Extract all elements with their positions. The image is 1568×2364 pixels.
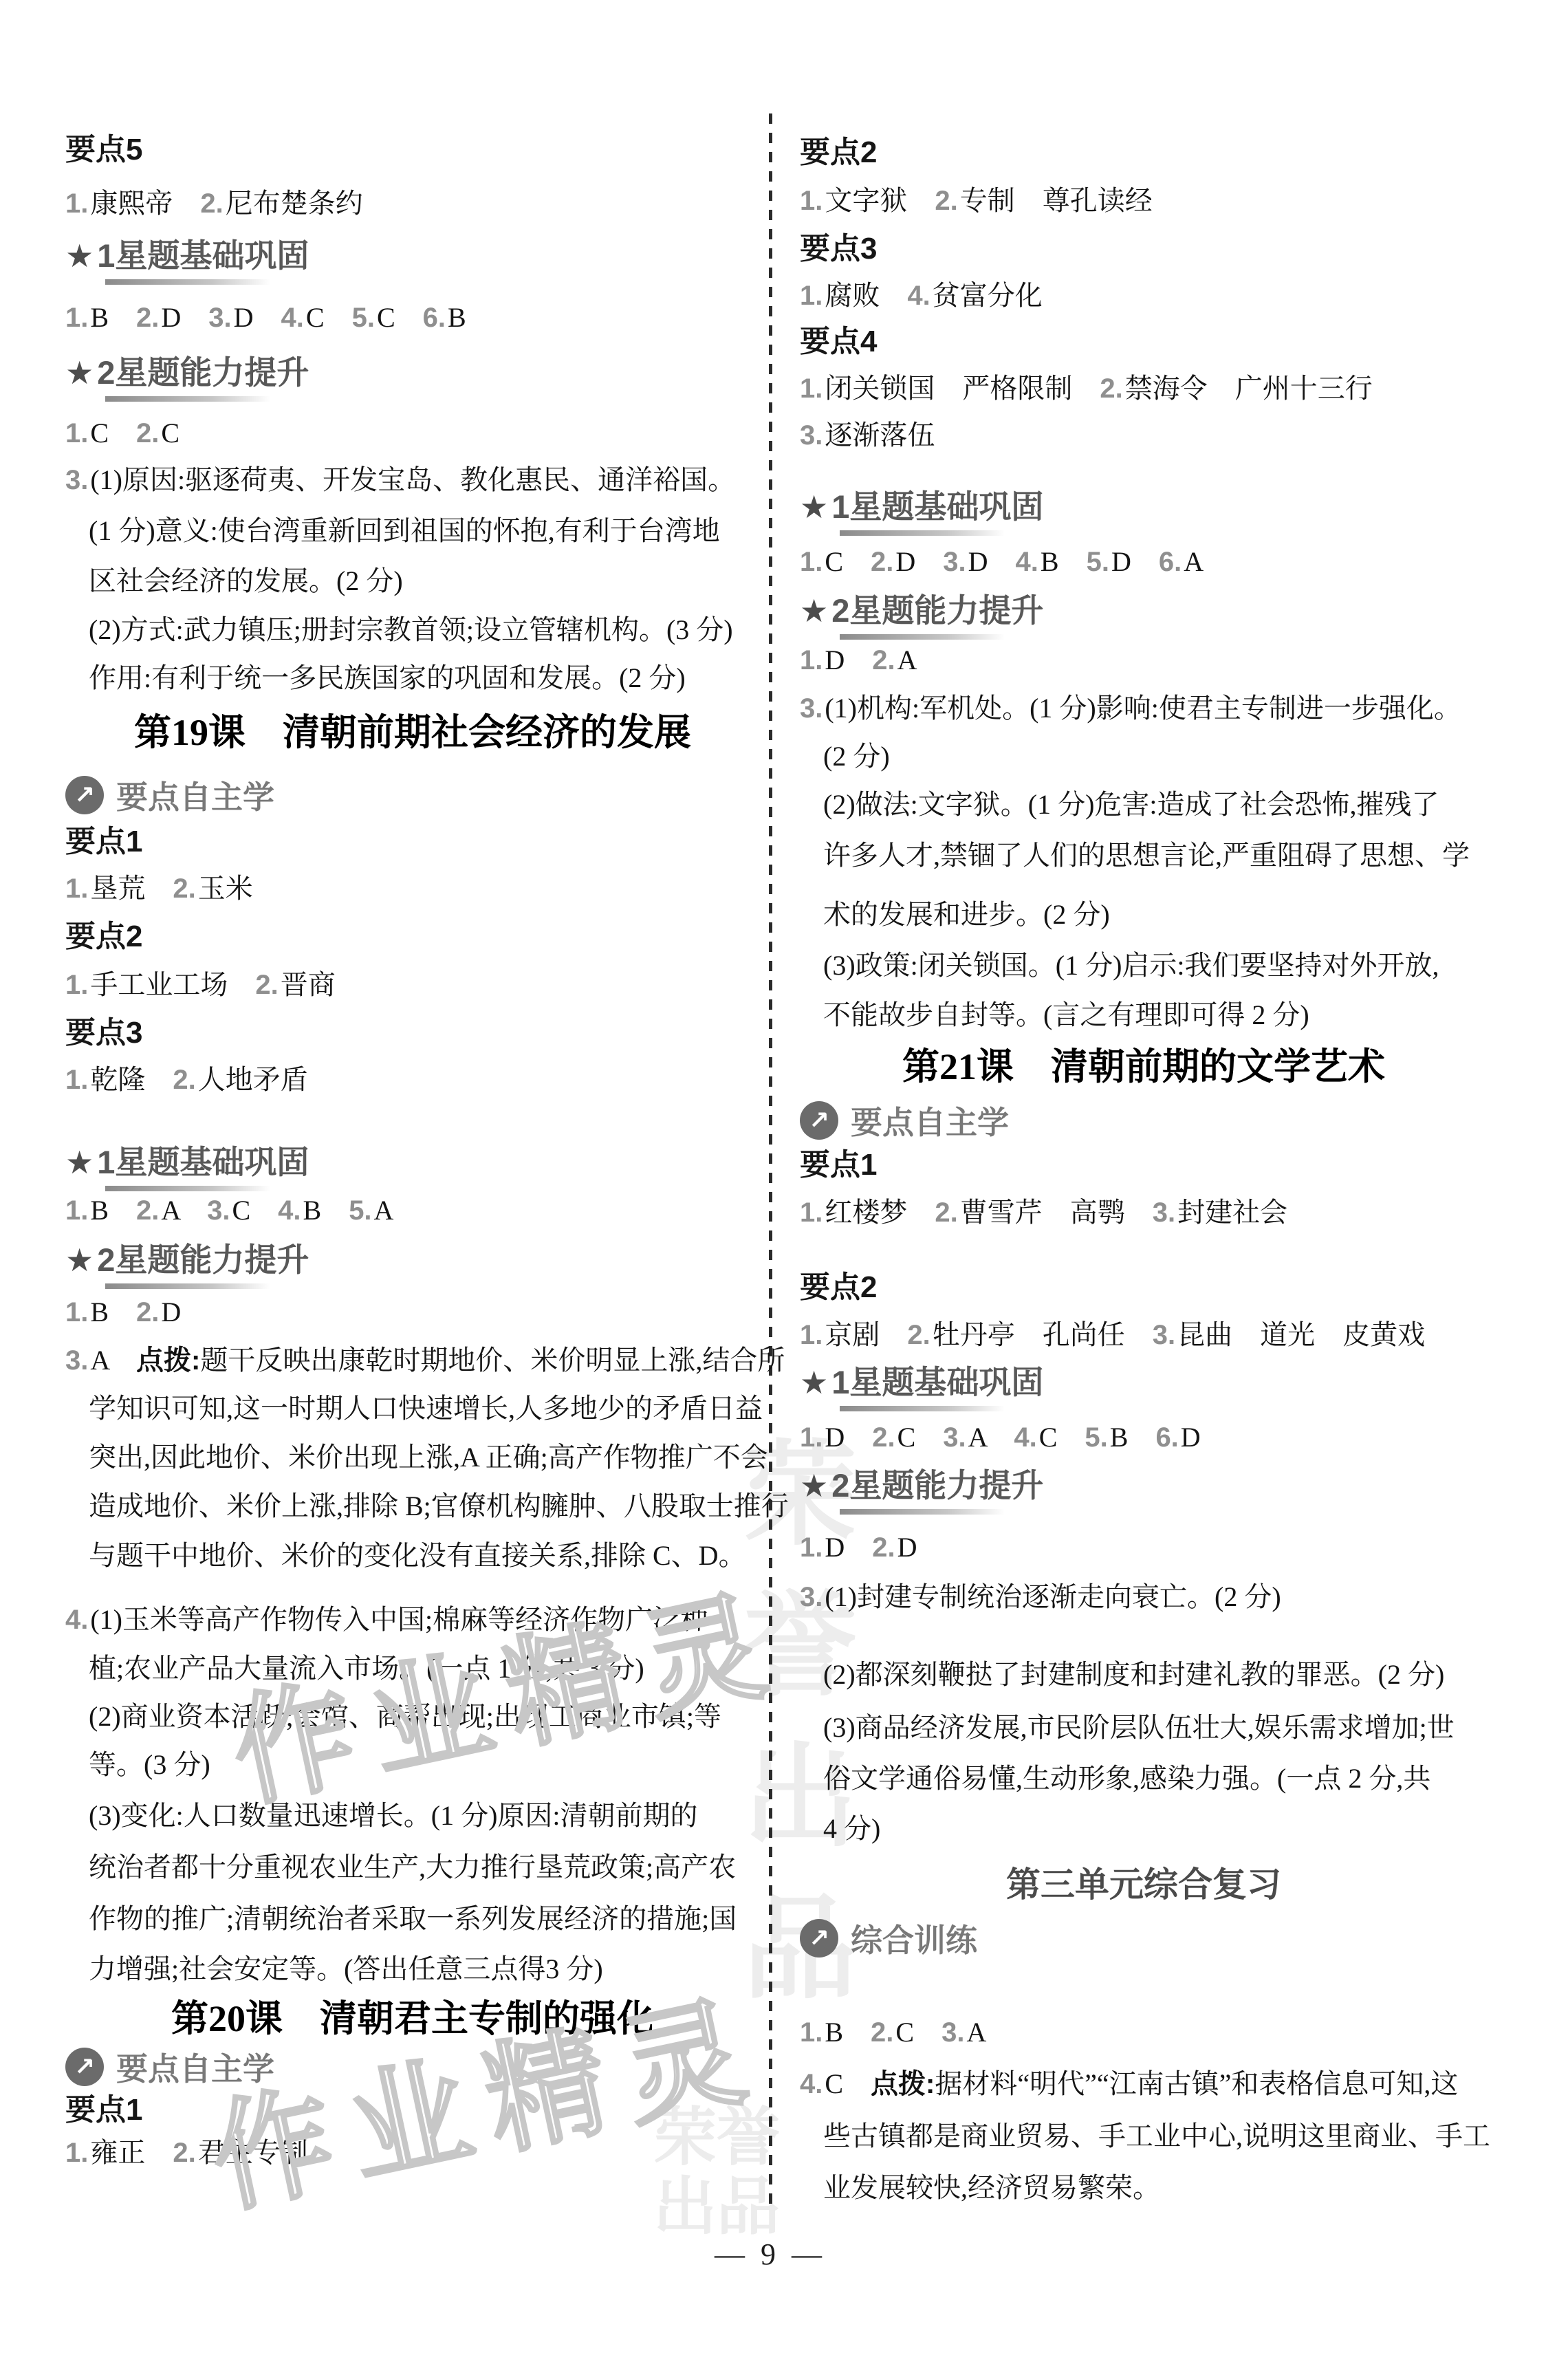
text-segment: D bbox=[161, 1297, 181, 1327]
text-segment: C bbox=[1039, 1422, 1085, 1453]
answer-line: 1.红楼梦 2.曹雪芹 高鹗 3.封建社会 bbox=[800, 1191, 1287, 1235]
item-number: 3. bbox=[943, 547, 966, 577]
text-segment: A bbox=[374, 1195, 394, 1226]
star-section-label: 2星题能力提升 bbox=[831, 1467, 1043, 1504]
text-segment: (2 分) bbox=[823, 741, 890, 772]
item-number: 2. bbox=[136, 303, 159, 333]
column-divider-dashed-line bbox=[769, 113, 772, 2208]
item-number: 4. bbox=[65, 1605, 88, 1635]
item-number: 5. bbox=[1085, 1422, 1107, 1453]
text-segment: D bbox=[895, 546, 943, 577]
answer-line: 植;农业产品大量流入市场。(一点 1 分,共 3 分) bbox=[89, 1647, 644, 1691]
answer-line: 力增强;社会安定等。(答出任意三点得3 分) bbox=[89, 1947, 603, 1991]
item-number: 1. bbox=[800, 2017, 823, 2048]
answer-line: 1.C 2.D 3.D 4.B 5.D 6.A bbox=[800, 540, 1204, 584]
answer-line: (2)都深刻鞭挞了封建制度和封建礼教的罪恶。(2 分) bbox=[823, 1653, 1444, 1697]
text-segment: C bbox=[161, 418, 179, 448]
gradient-underline bbox=[105, 396, 270, 402]
item-number: 2. bbox=[935, 1197, 957, 1228]
item-number: 2. bbox=[136, 418, 159, 448]
item-number: 2. bbox=[872, 1422, 895, 1453]
star-section-heading: ★1星题基础巩固 bbox=[65, 234, 309, 278]
gradient-underline bbox=[840, 1509, 1005, 1515]
text-segment: B bbox=[90, 302, 136, 333]
lesson-title: 第20课 清朝君主专制的强化 bbox=[65, 1995, 760, 2043]
text-segment: A bbox=[968, 1422, 1014, 1453]
text-segment: A bbox=[90, 1345, 136, 1376]
answer-line: 等。(3 分) bbox=[89, 1743, 210, 1787]
page-number: — 9 — bbox=[0, 2237, 1540, 2272]
unit-review-title: 第三单元综合复习 bbox=[800, 1861, 1488, 1909]
item-number: 2. bbox=[935, 186, 957, 216]
text-segment: (2)都深刻鞭挞了封建制度和封建礼教的罪恶。(2 分) bbox=[823, 1659, 1444, 1690]
answer-line: 作用:有利于统一多民族国家的巩固和发展。(2 分) bbox=[89, 656, 686, 700]
answer-line: 3.逐渐落伍 bbox=[800, 413, 935, 457]
text-segment: (3)政策:闭关锁国。(1 分)启示:我们要坚持对外开放, bbox=[823, 950, 1439, 981]
column-left: 要点51.康熙帝 2.尼布楚条约★1星题基础巩固1.B 2.D 3.D 4.C … bbox=[65, 0, 760, 2364]
text-segment: D bbox=[234, 302, 281, 333]
star-section-label: 2星题能力提升 bbox=[831, 592, 1043, 629]
text-segment: 植;农业产品大量流入市场。(一点 1 分,共 3 分) bbox=[89, 1653, 644, 1684]
text-segment: 乾隆 bbox=[90, 1064, 173, 1095]
text-segment: C bbox=[232, 1195, 278, 1226]
text-segment: B bbox=[825, 2017, 871, 2048]
answer-line: 4 分) bbox=[823, 1807, 880, 1851]
item-number: 1. bbox=[800, 645, 823, 675]
text-segment: A bbox=[897, 644, 917, 675]
text-segment: 牡丹亭 孔尚任 bbox=[933, 1319, 1153, 1350]
text-segment: D bbox=[897, 1532, 917, 1563]
text-segment: (1)原因:驱逐荷夷、开发宝岛、教化惠民、通洋裕国。 bbox=[90, 464, 735, 495]
answer-line: 1.文字狱 2.专制 尊孔读经 bbox=[800, 179, 1153, 223]
item-number: 1. bbox=[800, 1532, 823, 1563]
answer-line: 3.(1)原因:驱逐荷夷、开发宝岛、教化惠民、通洋裕国。 bbox=[65, 458, 735, 502]
text-segment: 腐败 bbox=[825, 280, 907, 311]
star-icon: ★ bbox=[800, 489, 828, 525]
item-number: 1. bbox=[800, 1422, 823, 1453]
text-segment: 文字狱 bbox=[825, 185, 935, 216]
answer-line: 1.D 2.A bbox=[800, 638, 917, 682]
arrow-up-right-icon: ↗ bbox=[65, 776, 104, 814]
item-number: 1. bbox=[65, 188, 88, 219]
text-segment: 贫富分化 bbox=[933, 280, 1043, 311]
text-segment: 突出,因此地价、米价出现上涨,A 正确;高产作物推广不会 bbox=[89, 1442, 768, 1473]
item-number: 1. bbox=[800, 281, 823, 311]
answer-line: (3)商品经济发展,市民阶层队伍壮大,娱乐需求增加;世 bbox=[823, 1706, 1455, 1750]
gradient-underline bbox=[840, 530, 1005, 536]
item-number: 4. bbox=[907, 281, 930, 311]
answer-line: 1.闭关锁国 严格限制 2.禁海令 广州十三行 bbox=[800, 367, 1373, 411]
star-section-label: 1星题基础巩固 bbox=[831, 1364, 1043, 1400]
answer-line: 学知识可知,这一时期人口快速增长,人多地少的矛盾日益 bbox=[89, 1387, 763, 1431]
text-segment: A bbox=[161, 1195, 207, 1226]
text-segment: B bbox=[1041, 546, 1087, 577]
answer-line: 1.京剧 2.牡丹亭 孔尚任 3.昆曲 道光 皮黄戏 bbox=[800, 1313, 1425, 1357]
text-segment: 玉米 bbox=[198, 873, 253, 904]
keypoint-heading: 要点5 bbox=[65, 128, 142, 172]
text-segment: 不能故步自封等。(言之有理即可得 2 分) bbox=[823, 999, 1309, 1030]
icon-section-heading: ↗要点自主学 bbox=[65, 2044, 274, 2090]
gradient-underline bbox=[840, 1406, 1005, 1411]
item-number: 4. bbox=[800, 2069, 823, 2099]
text-segment: A bbox=[966, 2017, 986, 2048]
keypoint-heading: 要点2 bbox=[65, 915, 142, 959]
answer-line: 造成地价、米价上涨,排除 B;官僚机构臃肿、八股取士推行 bbox=[89, 1484, 789, 1528]
text-segment: C bbox=[897, 1422, 944, 1453]
text-segment: A bbox=[1184, 546, 1204, 577]
item-number: 6. bbox=[1155, 1422, 1178, 1453]
item-number: 2. bbox=[907, 1320, 930, 1350]
text-segment: C bbox=[90, 418, 136, 448]
lesson-title: 第21课 清朝前期的文学艺术 bbox=[800, 1043, 1488, 1091]
star-section-label: 1星题基础巩固 bbox=[97, 1144, 309, 1180]
text-segment: 俗文学通俗易懂,生动形象,感染力强。(一点 2 分,共 bbox=[823, 1763, 1430, 1794]
answer-line: (2)方式:武力镇压;册封宗教首领;设立管辖机构。(3 分) bbox=[89, 608, 733, 652]
text-segment: 与题干中地价、米价的变化没有直接关系,排除 C、D。 bbox=[89, 1540, 746, 1571]
arrow-up-right-icon: ↗ bbox=[65, 2048, 104, 2086]
text-segment: 曹雪芹 高鹗 bbox=[960, 1197, 1153, 1228]
answer-line: 许多人才,禁锢了人们的思想言论,严重阻碍了思想、学 bbox=[823, 834, 1470, 878]
icon-section-heading: ↗综合训练 bbox=[800, 1916, 977, 1961]
text-segment: D bbox=[161, 302, 208, 333]
item-number: 2. bbox=[173, 1065, 195, 1095]
answer-line: 1.腐败 4.贫富分化 bbox=[800, 274, 1043, 318]
item-number: 1. bbox=[65, 2138, 88, 2168]
text-segment: C bbox=[825, 2068, 871, 2099]
answer-line: 业发展较快,经济贸易繁荣。 bbox=[823, 2166, 1160, 2210]
answer-line: 俗文学通俗易懂,生动形象,感染力强。(一点 2 分,共 bbox=[823, 1757, 1430, 1801]
text-segment: 手工业工场 bbox=[90, 969, 255, 1000]
icon-section-label: 要点自主学 bbox=[116, 772, 274, 818]
text-segment: (1)封建专制统治逐渐走向衰亡。(2 分) bbox=[825, 1581, 1281, 1612]
item-number: 4. bbox=[278, 1195, 301, 1226]
item-number: 3. bbox=[800, 420, 823, 451]
answer-line: 4.(1)玉米等高产作物传入中国;棉麻等经济作物广泛种 bbox=[65, 1598, 708, 1642]
text-segment: 等。(3 分) bbox=[89, 1749, 210, 1780]
item-number: 3. bbox=[800, 693, 823, 724]
answer-line: 不能故步自封等。(言之有理即可得 2 分) bbox=[823, 993, 1309, 1037]
text-segment: 封建社会 bbox=[1177, 1197, 1287, 1228]
star-section-heading: ★1星题基础巩固 bbox=[800, 1360, 1043, 1405]
star-icon: ★ bbox=[65, 238, 94, 274]
item-number: 2. bbox=[173, 2138, 195, 2168]
answer-line: (2 分) bbox=[823, 735, 890, 779]
bold-label: 点拨: bbox=[136, 1345, 200, 1376]
workbook-answer-page: 荣誉出品 荣誉 出品 要点51.康熙帝 2.尼布楚条约★1星题基础巩固1.B 2… bbox=[0, 0, 1568, 2364]
star-section-label: 2星题能力提升 bbox=[97, 354, 309, 391]
answer-line: 1.D 2.C 3.A 4.C 5.B 6.D bbox=[800, 1416, 1201, 1460]
answer-line: 3.A 点拨:题干反映出康乾时期地价、米价明显上涨,结合所 bbox=[65, 1338, 785, 1382]
item-number: 2. bbox=[136, 1297, 159, 1327]
text-segment: 雍正 bbox=[90, 2137, 173, 2168]
text-segment: (1)玉米等高产作物传入中国;棉麻等经济作物广泛种 bbox=[90, 1604, 708, 1635]
item-number: 1. bbox=[800, 1197, 823, 1228]
answer-line: 1.B 2.A 3.C 4.B 5.A bbox=[65, 1189, 393, 1233]
gradient-underline bbox=[105, 1283, 270, 1289]
item-number: 2. bbox=[872, 1532, 895, 1563]
item-number: 5. bbox=[349, 1195, 371, 1226]
item-number: 3. bbox=[208, 303, 231, 333]
answer-line: 1.垦荒 2.玉米 bbox=[65, 867, 253, 911]
text-segment: C bbox=[825, 546, 871, 577]
item-number: 1. bbox=[800, 547, 823, 577]
item-number: 1. bbox=[65, 874, 88, 904]
text-segment: 力增强;社会安定等。(答出任意三点得3 分) bbox=[89, 1953, 603, 1984]
lesson-title: 第19课 清朝前期社会经济的发展 bbox=[65, 708, 760, 757]
text-segment: 京剧 bbox=[825, 1319, 907, 1350]
answer-line: 1.康熙帝 2.尼布楚条约 bbox=[65, 182, 363, 226]
answer-line: 1.雍正 2.君主专制 bbox=[65, 2131, 308, 2175]
text-segment: 学知识可知,这一时期人口快速增长,人多地少的矛盾日益 bbox=[89, 1393, 763, 1424]
text-segment: 许多人才,禁锢了人们的思想言论,严重阻碍了思想、学 bbox=[823, 840, 1470, 871]
keypoint-heading: 要点2 bbox=[800, 131, 877, 175]
text-segment: 昆曲 道光 皮黄戏 bbox=[1177, 1319, 1425, 1350]
item-number: 1. bbox=[65, 970, 88, 1000]
star-icon: ★ bbox=[65, 1242, 94, 1278]
keypoint-heading: 要点4 bbox=[800, 320, 877, 364]
keypoint-heading: 要点1 bbox=[800, 1143, 877, 1187]
answer-line: 与题干中地价、米价的变化没有直接关系,排除 C、D。 bbox=[89, 1534, 746, 1578]
icon-section-heading: ↗要点自主学 bbox=[65, 772, 274, 818]
text-segment: 统治者都十分重视农业生产,大力推行垦荒政策;高产农 bbox=[89, 1852, 736, 1883]
answer-line: 1.B 2.D 3.D 4.C 5.C 6.B bbox=[65, 296, 466, 340]
answer-line: (3)政策:闭关锁国。(1 分)启示:我们要坚持对外开放, bbox=[823, 944, 1439, 988]
answer-line: (2)商业资本活跃;会馆、商帮出现;出现工商业市镇;等 bbox=[89, 1695, 721, 1739]
star-section-label: 1星题基础巩固 bbox=[831, 488, 1043, 525]
text-segment: 闭关锁国 严格限制 bbox=[825, 373, 1100, 404]
text-segment: 造成地价、米价上涨,排除 B;官僚机构臃肿、八股取士推行 bbox=[89, 1490, 789, 1521]
star-section-heading: ★2星题能力提升 bbox=[800, 589, 1043, 633]
text-segment: 君主专制 bbox=[198, 2137, 308, 2168]
text-segment: 垦荒 bbox=[90, 873, 173, 904]
item-number: 3. bbox=[943, 1422, 966, 1453]
text-segment: 逐渐落伍 bbox=[825, 420, 935, 451]
text-segment: 禁海令 广州十三行 bbox=[1125, 373, 1373, 404]
text-segment: 题干反映出康乾时期地价、米价明显上涨,结合所 bbox=[200, 1345, 785, 1376]
item-number: 2. bbox=[136, 1195, 159, 1226]
item-number: 2. bbox=[871, 547, 893, 577]
text-segment: D bbox=[1111, 546, 1159, 577]
star-section-label: 1星题基础巩固 bbox=[97, 237, 309, 274]
text-segment: (2)方式:武力镇压;册封宗教首领;设立管辖机构。(3 分) bbox=[89, 614, 733, 645]
text-segment: 红楼梦 bbox=[825, 1197, 935, 1228]
answer-line: 3.(1)机构:军机处。(1 分)影响:使君主专制进一步强化。 bbox=[800, 686, 1461, 730]
text-segment: 些古镇都是商业贸易、手工业中心,说明这里商业、手工 bbox=[823, 2121, 1490, 2151]
text-segment: (3)变化:人口数量迅速增长。(1 分)原因:清朝前期的 bbox=[89, 1800, 698, 1831]
item-number: 2. bbox=[872, 645, 895, 675]
answer-line: (1 分)意义:使台湾重新回到祖国的怀抱,有利于台湾地 bbox=[89, 509, 720, 553]
item-number: 5. bbox=[1087, 547, 1109, 577]
gradient-underline bbox=[105, 279, 270, 285]
answer-line: 1.C 2.C bbox=[65, 411, 179, 455]
answer-line: 4.C 点拨:据材料“明代”“江南古镇”和表格信息可知,这 bbox=[800, 2062, 1458, 2106]
keypoint-heading: 要点1 bbox=[65, 2088, 142, 2132]
answer-line: 术的发展和进步。(2 分) bbox=[823, 893, 1110, 937]
item-number: 3. bbox=[65, 465, 88, 495]
text-segment: B bbox=[303, 1195, 349, 1226]
answer-line: 1.B 2.D bbox=[65, 1290, 181, 1334]
text-segment: 人地矛盾 bbox=[198, 1064, 308, 1095]
item-number: 1. bbox=[800, 186, 823, 216]
item-number: 3. bbox=[65, 1345, 88, 1376]
bold-label: 点拨: bbox=[871, 2069, 935, 2099]
text-segment: C bbox=[377, 302, 423, 333]
text-segment: B bbox=[90, 1195, 136, 1226]
answer-line: 统治者都十分重视农业生产,大力推行垦荒政策;高产农 bbox=[89, 1845, 736, 1889]
item-number: 4. bbox=[281, 303, 304, 333]
text-segment: C bbox=[306, 302, 352, 333]
keypoint-heading: 要点3 bbox=[65, 1011, 142, 1055]
icon-section-heading: ↗要点自主学 bbox=[800, 1098, 1009, 1143]
icon-section-label: 要点自主学 bbox=[851, 1098, 1009, 1143]
star-icon: ★ bbox=[800, 1365, 828, 1400]
item-number: 1. bbox=[65, 418, 88, 448]
star-icon: ★ bbox=[800, 1468, 828, 1504]
text-segment: D bbox=[1181, 1422, 1201, 1453]
answer-line: (2)做法:文字狱。(1 分)危害:造成了社会恐怖,摧残了 bbox=[823, 783, 1439, 827]
keypoint-heading: 要点3 bbox=[800, 227, 877, 271]
star-icon: ★ bbox=[65, 1145, 94, 1180]
answer-line: 1.手工业工场 2.晋商 bbox=[65, 963, 336, 1007]
star-section-heading: ★1星题基础巩固 bbox=[800, 485, 1043, 529]
star-section-heading: ★2星题能力提升 bbox=[65, 351, 309, 395]
text-segment: 4 分) bbox=[823, 1813, 880, 1844]
text-segment: 专制 尊孔读经 bbox=[960, 185, 1153, 216]
answer-line: 突出,因此地价、米价出现上涨,A 正确;高产作物推广不会 bbox=[89, 1435, 768, 1479]
text-segment: (2)商业资本活跃;会馆、商帮出现;出现工商业市镇;等 bbox=[89, 1701, 721, 1732]
text-segment: B bbox=[448, 302, 466, 333]
text-segment: 据材料“明代”“江南古镇”和表格信息可知,这 bbox=[935, 2068, 1458, 2099]
text-segment: 尼布楚条约 bbox=[226, 188, 363, 219]
star-icon: ★ bbox=[65, 355, 94, 391]
answer-line: 3.(1)封建专制统治逐渐走向衰亡。(2 分) bbox=[800, 1575, 1281, 1619]
item-number: 3. bbox=[1153, 1320, 1175, 1350]
text-segment: 作物的推广;清朝统治者采取一系列发展经济的措施;国 bbox=[89, 1903, 737, 1934]
text-segment: 区社会经济的发展。(2 分) bbox=[89, 565, 403, 596]
answer-line: 1.D 2.D bbox=[800, 1526, 917, 1570]
star-section-heading: ★2星题能力提升 bbox=[800, 1464, 1043, 1508]
item-number: 1. bbox=[800, 373, 823, 404]
text-segment: 作用:有利于统一多民族国家的巩固和发展。(2 分) bbox=[89, 662, 686, 693]
text-segment: 业发展较快,经济贸易繁荣。 bbox=[823, 2172, 1160, 2203]
item-number: 1. bbox=[65, 303, 88, 333]
star-section-heading: ★1星题基础巩固 bbox=[65, 1140, 309, 1184]
keypoint-heading: 要点1 bbox=[65, 820, 142, 864]
answer-line: 些古镇都是商业贸易、手工业中心,说明这里商业、手工 bbox=[823, 2114, 1490, 2158]
item-number: 2. bbox=[871, 2017, 893, 2048]
text-segment: D bbox=[825, 644, 872, 675]
item-number: 1. bbox=[65, 1195, 88, 1226]
keypoint-heading: 要点2 bbox=[800, 1266, 877, 1310]
item-number: 6. bbox=[1159, 547, 1182, 577]
item-number: 3. bbox=[1153, 1197, 1175, 1228]
text-segment: (2)做法:文字狱。(1 分)危害:造成了社会恐怖,摧残了 bbox=[823, 789, 1439, 820]
answer-line: 1.乾隆 2.人地矛盾 bbox=[65, 1058, 308, 1102]
item-number: 2. bbox=[1100, 373, 1122, 404]
text-segment: D bbox=[968, 546, 1016, 577]
item-number: 1. bbox=[65, 1065, 88, 1095]
icon-section-label: 要点自主学 bbox=[116, 2044, 274, 2090]
text-segment: 术的发展和进步。(2 分) bbox=[823, 899, 1110, 930]
text-segment: 康熙帝 bbox=[90, 188, 200, 219]
arrow-up-right-icon: ↗ bbox=[800, 1101, 838, 1140]
arrow-up-right-icon: ↗ bbox=[800, 1919, 838, 1958]
item-number: 2. bbox=[200, 188, 223, 219]
answer-line: 作物的推广;清朝统治者采取一系列发展经济的措施;国 bbox=[89, 1897, 737, 1941]
text-segment: (1)机构:军机处。(1 分)影响:使君主专制进一步强化。 bbox=[825, 693, 1461, 724]
text-segment: B bbox=[90, 1297, 136, 1327]
text-segment: C bbox=[895, 2017, 941, 2048]
icon-section-label: 综合训练 bbox=[851, 1916, 977, 1961]
text-segment: (1 分)意义:使台湾重新回到祖国的怀抱,有利于台湾地 bbox=[89, 515, 720, 546]
text-segment: B bbox=[1110, 1422, 1156, 1453]
item-number: 3. bbox=[207, 1195, 230, 1226]
answer-line: (3)变化:人口数量迅速增长。(1 分)原因:清朝前期的 bbox=[89, 1794, 698, 1838]
star-section-label: 2星题能力提升 bbox=[97, 1241, 309, 1278]
text-segment: D bbox=[825, 1532, 872, 1563]
answer-line: 区社会经济的发展。(2 分) bbox=[89, 559, 403, 603]
text-segment: (3)商品经济发展,市民阶层队伍壮大,娱乐需求增加;世 bbox=[823, 1712, 1455, 1743]
item-number: 3. bbox=[800, 1582, 823, 1612]
star-section-heading: ★2星题能力提升 bbox=[65, 1238, 309, 1282]
item-number: 5. bbox=[352, 303, 375, 333]
item-number: 2. bbox=[173, 874, 195, 904]
answer-line: 1.B 2.C 3.A bbox=[800, 2010, 986, 2054]
item-number: 4. bbox=[1016, 547, 1038, 577]
item-number: 4. bbox=[1014, 1422, 1036, 1453]
column-right: 要点21.文字狱 2.专制 尊孔读经要点31.腐败 4.贫富分化要点41.闭关锁… bbox=[800, 0, 1488, 2364]
item-number: 2. bbox=[255, 970, 278, 1000]
item-number: 3. bbox=[941, 2017, 964, 2048]
item-number: 6. bbox=[423, 303, 446, 333]
text-segment: 晋商 bbox=[281, 969, 336, 1000]
star-icon: ★ bbox=[800, 593, 828, 629]
item-number: 1. bbox=[65, 1297, 88, 1327]
text-segment: D bbox=[825, 1422, 872, 1453]
item-number: 1. bbox=[800, 1320, 823, 1350]
